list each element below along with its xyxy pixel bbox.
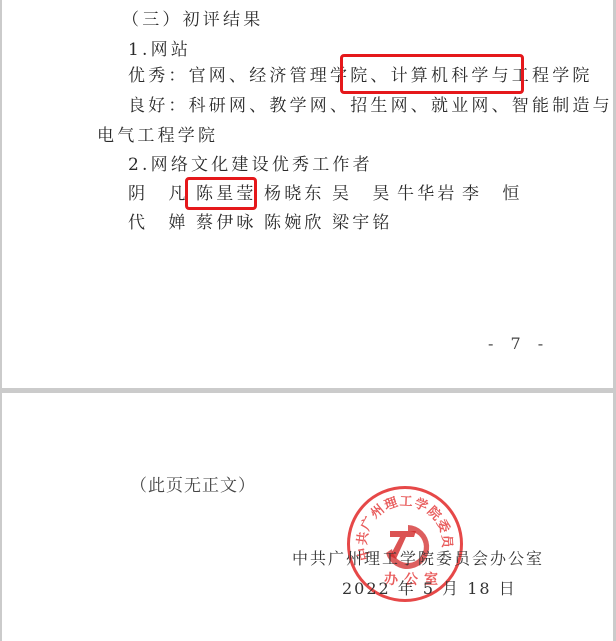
document-page-7: （三）初评结果 1.网站 优秀：官网、经济管理学院、计算机科学与工程学院 良好：… — [2, 0, 613, 388]
name-entry: 蔡伊咏 — [196, 213, 257, 233]
no-body-note: （此页无正文） — [130, 476, 256, 496]
highlight-box-name — [185, 177, 257, 210]
name-entry: 牛华岩 — [397, 184, 458, 204]
name-entry: 吴 昊 — [332, 184, 393, 204]
signature-date: 2022 年 5 月 18 日 — [342, 576, 517, 599]
names-row-1: 阴 凡 陈星莹 杨晓东 吴 昊 牛华岩 李 恒 — [2, 184, 613, 206]
signature-organization: 中共广州理工学院委员会办公室 — [292, 546, 544, 569]
name-entry: 陈婉欣 — [264, 213, 325, 233]
page-number: - 7 - — [488, 334, 549, 353]
excellent-label: 优秀： — [128, 66, 189, 86]
section-heading: （三）初评结果 — [122, 10, 263, 30]
document-page-8: （此页无正文） 中共广州理工学院委员会 办公室 中共广州理工学院委员会办公室 2… — [2, 393, 613, 641]
item2-title: 2.网络文化建设优秀工作者 — [128, 155, 373, 175]
highlight-box-college — [340, 54, 524, 94]
names-row-2: 代 婵 蔡伊咏 陈婉欣 梁宇铭 — [2, 213, 613, 235]
name-entry: 梁宇铭 — [332, 213, 393, 233]
name-entry: 代 婵 — [128, 213, 189, 233]
name-entry: 阴 凡 — [128, 184, 189, 204]
name-entry: 杨晓东 — [264, 184, 325, 204]
good-line-2: 电气工程学院 — [97, 126, 218, 146]
item1-title: 1.网站 — [128, 40, 191, 60]
good-line-1: 良好：科研网、教学网、招生网、就业网、智能制造与 — [128, 96, 613, 116]
name-entry: 李 恒 — [462, 184, 523, 204]
